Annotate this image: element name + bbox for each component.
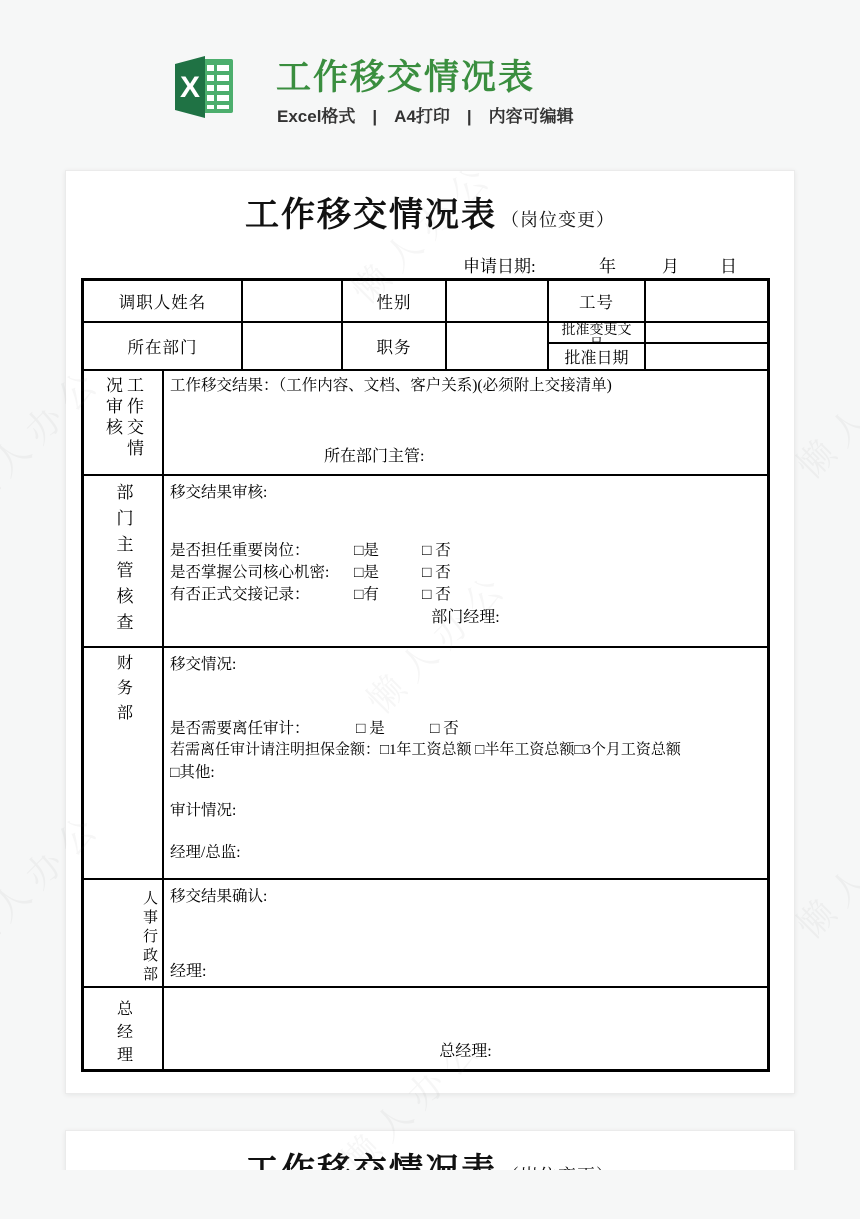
name-label-cell: 调职人姓名 <box>84 281 243 321</box>
dept-input-cell <box>243 323 343 369</box>
form-preview-page-1: 工作移交情况表 （岗位变更） 申请日期: 年 月 日 调职人姓名 性别 工号 所… <box>65 170 795 1094</box>
section-content-handover-review: 工作移交结果：（工作内容、文档、客户关系)(必须附上交接清单) 所在部门主管: <box>164 371 767 474</box>
handover-form-table: 调职人姓名 性别 工号 所在部门 职务 批准变更文号 <box>81 278 770 1072</box>
audit-question-row: 是否需要离任审计： □ 是 □ 否 <box>170 716 459 738</box>
site-title: 工作移交情况表 <box>276 50 535 100</box>
document-title-suffix: （岗位变更） <box>501 210 615 230</box>
finance-manager-sign-label: 经理/总监: <box>170 840 241 862</box>
side-label-text: 财务部 <box>112 654 135 729</box>
finance-heading: 移交情况: <box>170 652 236 674</box>
general-manager-sign-label: 总经理: <box>164 1038 767 1061</box>
apply-date-year: 年 <box>599 252 616 277</box>
audit-status-label: 审计情况: <box>170 798 236 820</box>
section-side-label-dept-manager-check: 部门主管核查 <box>84 476 164 647</box>
table-row-basic-info-2: 所在部门 职务 批准变更文号 批准日期 <box>84 323 767 371</box>
section-content-general-manager: 总经理: <box>164 988 767 1069</box>
section-content-dept-manager-check: 移交结果审核: 是否担任重要岗位： □是 □ 否 是否掌握公司核心机密: □是 … <box>164 476 767 647</box>
checkbox-option-yes: □有 <box>354 582 422 604</box>
question-row: 是否掌握公司核心机密: □是 □ 否 <box>170 560 763 582</box>
question-label: 是否需要离任审计： <box>170 716 356 738</box>
side-label-text: 人事行政部 <box>139 890 160 985</box>
approval-subgrid: 批准变更文号 批准日期 <box>549 323 767 369</box>
employee-no-input-cell <box>646 281 767 321</box>
gender-label-cell: 性别 <box>343 281 447 321</box>
side-label-text: 总经理 <box>112 1000 135 1069</box>
section-side-label-handover-review: 工作交情况审核 <box>84 371 164 474</box>
document-title: 工作移交情况表 （岗位变更） <box>66 187 794 236</box>
question-label: 有否正式交接记录： <box>170 582 354 604</box>
dept-supervisor-sign-label: 所在部门主管: <box>324 443 424 466</box>
handover-result-line: 工作移交结果：（工作内容、文档、客户关系)(必须附上交接清单) <box>170 373 765 395</box>
excel-icon: X <box>167 46 239 126</box>
question-row: 有否正式交接记录： □有 □ 否 <box>170 582 763 604</box>
checkbox-option-no: □ 否 <box>422 560 451 582</box>
approval-date-input-cell <box>646 344 767 369</box>
dept-label-cell: 所在部门 <box>84 323 243 369</box>
bottom-overlay <box>0 1170 860 1219</box>
approval-date-label-cell: 批准日期 <box>549 344 646 369</box>
section-side-label-general-manager: 总经理 <box>84 988 164 1069</box>
dept-check-heading: 移交结果审核: <box>170 480 267 502</box>
section-content-finance: 移交情况: 是否需要离任审计： □ 是 □ 否 若需离任审计请注明担保金额：□1… <box>164 648 767 878</box>
watermark: 懒人办公 <box>784 782 860 948</box>
checkbox-option-yes: □是 <box>354 560 422 582</box>
checkbox-option-no: □ 否 <box>422 538 451 560</box>
svg-text:X: X <box>180 71 200 104</box>
document-title-text: 工作移交情况表 <box>245 196 497 234</box>
site-subtitle: Excel格式 | A4打印 | 内容可编辑 <box>277 102 574 127</box>
gender-input-cell <box>447 281 549 321</box>
name-input-cell <box>243 281 343 321</box>
other-option-line: □其他: <box>170 760 215 782</box>
section-content-hr-admin: 移交结果确认: 经理: <box>164 880 767 986</box>
position-input-cell <box>447 323 549 369</box>
side-label-text: 工作交情况审核 <box>102 376 144 468</box>
page-canvas: X 工作移交情况表 Excel格式 | A4打印 | 内容可编辑 工作移交情况表… <box>0 0 860 1219</box>
section-handover-review: 工作交情况审核 工作移交结果：（工作内容、文档、客户关系)(必须附上交接清单) … <box>84 371 767 476</box>
dept-check-questions: 是否担任重要岗位： □是 □ 否 是否掌握公司核心机密: □是 □ 否 有否正式… <box>170 538 763 604</box>
section-dept-manager-check: 部门主管核查 移交结果审核: 是否担任重要岗位： □是 □ 否 是否掌握公司核心… <box>84 476 767 649</box>
table-row-basic-info-1: 调职人姓名 性别 工号 <box>84 281 767 323</box>
approval-no-label-cell: 批准变更文号 <box>549 323 646 342</box>
hr-manager-sign-label: 经理: <box>170 958 206 981</box>
approval-no-input-cell <box>646 323 767 342</box>
apply-date-day: 日 <box>720 252 737 277</box>
apply-date-month: 月 <box>662 252 679 277</box>
section-finance: 财务部 移交情况: 是否需要离任审计： □ 是 □ 否 若需离任审计请注明担保金… <box>84 648 767 880</box>
question-row: 是否担任重要岗位： □是 □ 否 <box>170 538 763 560</box>
approval-no-row: 批准变更文号 <box>549 323 767 344</box>
side-label-text: 部门主管核查 <box>111 483 136 639</box>
section-side-label-finance: 财务部 <box>84 648 164 878</box>
watermark: 懒人办公 <box>784 322 860 488</box>
checkbox-option-yes: □ 是 <box>356 716 430 738</box>
checkbox-option-no: □ 否 <box>430 716 459 738</box>
apply-date-label: 申请日期: <box>463 252 536 277</box>
question-label: 是否掌握公司核心机密: <box>170 560 354 582</box>
section-side-label-hr-admin: 人事行政部 <box>84 880 164 986</box>
section-general-manager: 总经理 总经理: <box>84 988 767 1069</box>
hr-heading: 移交结果确认: <box>170 884 267 906</box>
checkbox-option-no: □ 否 <box>422 582 451 604</box>
dept-manager-sign-label: 部门经理: <box>164 604 767 627</box>
checkbox-option-yes: □是 <box>354 538 422 560</box>
section-hr-admin: 人事行政部 移交结果确认: 经理: <box>84 880 767 988</box>
approval-date-row: 批准日期 <box>549 344 767 369</box>
position-label-cell: 职务 <box>343 323 447 369</box>
guarantee-amount-line: 若需离任审计请注明担保金额：□1年工资总额 □半年工资总额□3个月工资总额 <box>170 738 765 759</box>
question-label: 是否担任重要岗位： <box>170 538 354 560</box>
employee-no-label-cell: 工号 <box>549 281 646 321</box>
